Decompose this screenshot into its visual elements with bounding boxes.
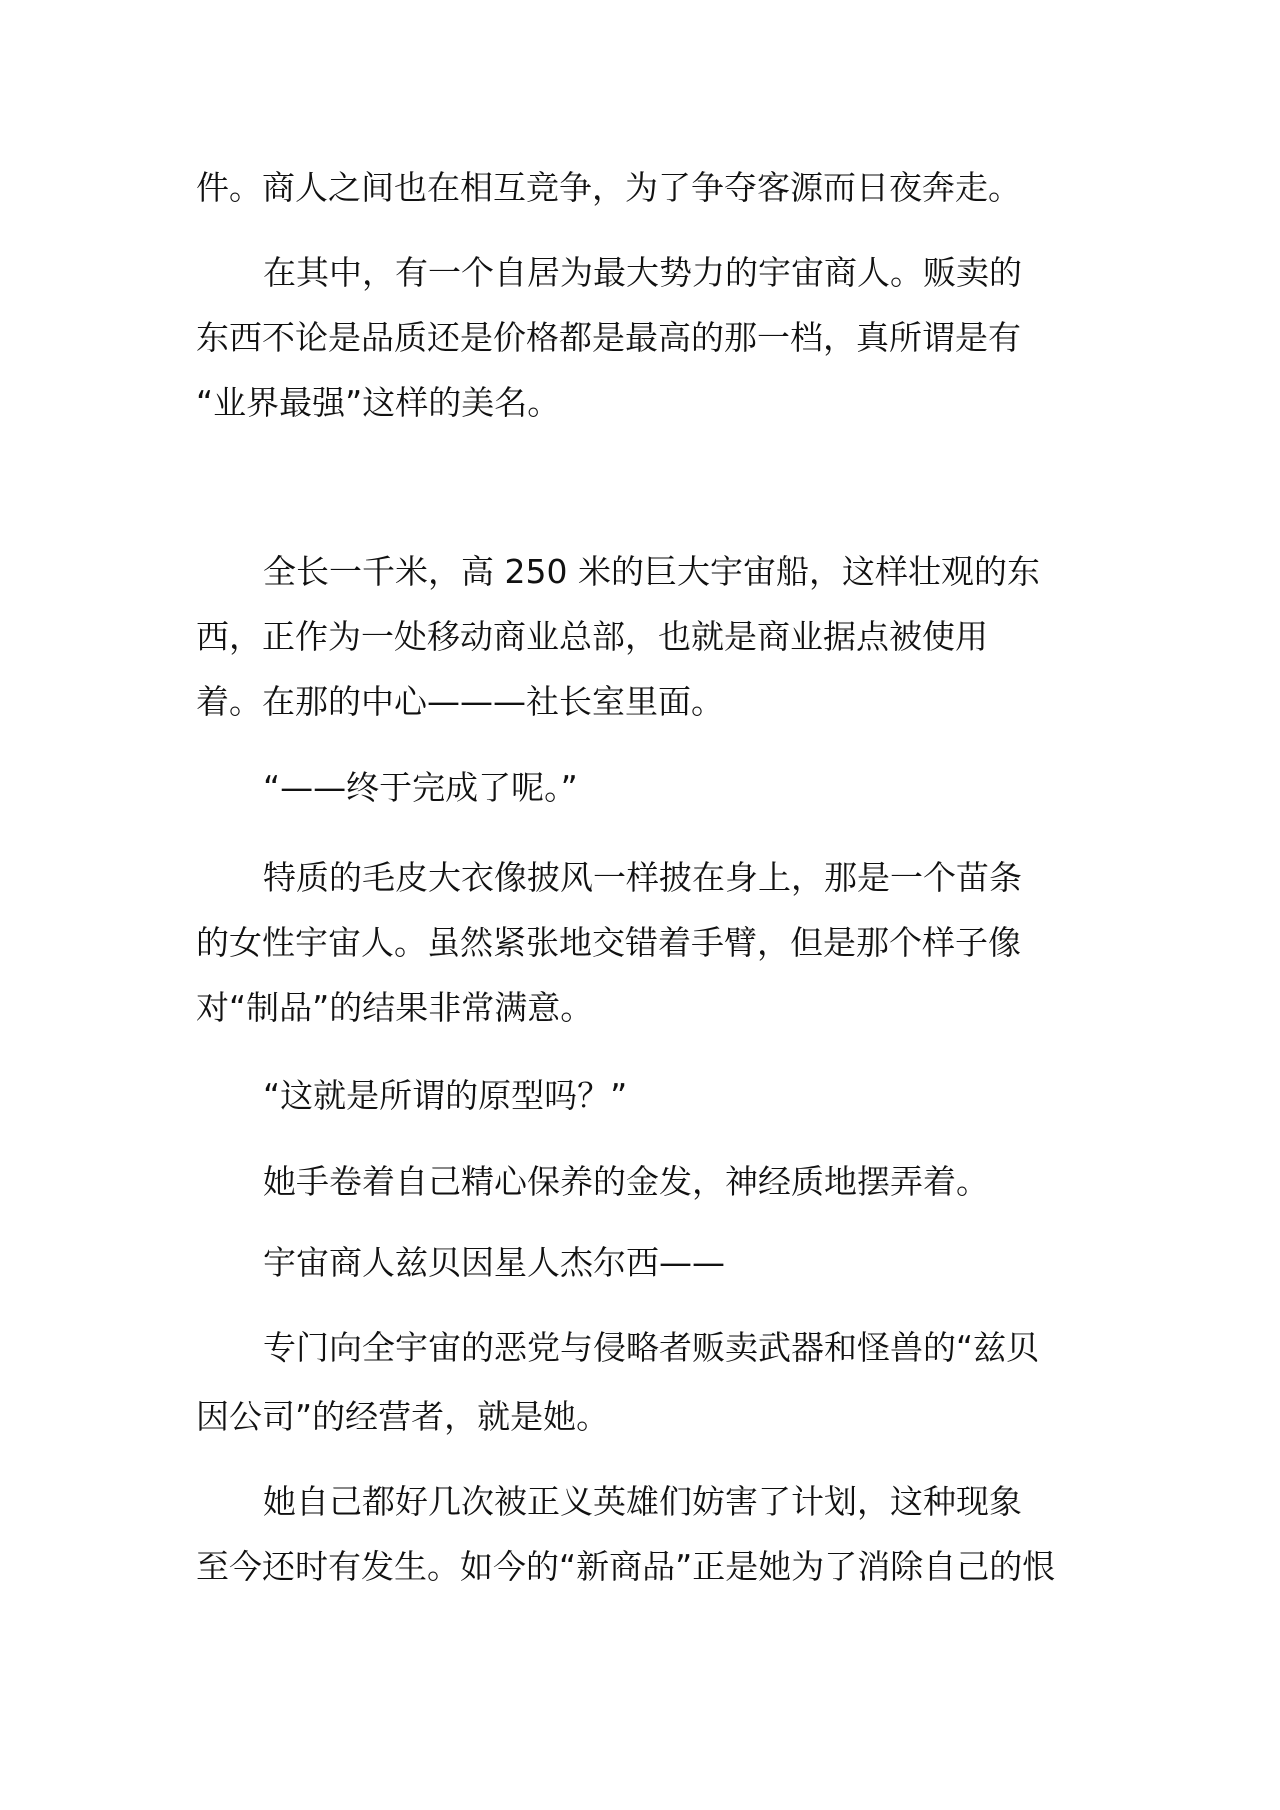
paragraph-line: 她自己都好几次被正义英雄们妨害了计划，这种现象 xyxy=(263,1482,1022,1522)
paragraph-line: “业界最强”这样的美名。 xyxy=(196,383,560,423)
paragraph-line: 至今还时有发生。如今的“新商品”正是她为了消除自己的恨 xyxy=(196,1547,1055,1587)
paragraph-line: 专门向全宇宙的恶党与侵略者贩卖武器和怪兽的“兹贝 xyxy=(263,1328,1039,1368)
document-page: 件。商人之间也在相互竞争，为了争夺客源而日夜奔走。 在其中，有一个自居为最大势力… xyxy=(0,0,1280,1810)
paragraph-line: 西，正作为一处移动商业总部，也就是商业据点被使用 xyxy=(196,617,988,657)
paragraph-line: 东西不论是品质还是价格都是最高的那一档，真所谓是有 xyxy=(196,318,1021,358)
paragraph-line: 着。在那的中心———社长室里面。 xyxy=(196,682,724,722)
paragraph-line: 因公司”的经营者，就是她。 xyxy=(196,1397,609,1437)
paragraph-line: 的女性宇宙人。虽然紧张地交错着手臂，但是那个样子像 xyxy=(196,923,1021,963)
paragraph-line: 宇宙商人兹贝因星人杰尔西—— xyxy=(263,1243,725,1283)
paragraph-line: 她手卷着自己精心保养的金发，神经质地摆弄着。 xyxy=(263,1162,989,1202)
dialogue-line: “——终于完成了呢。” xyxy=(263,768,578,808)
paragraph-line: 全长一千米，高 250 米的巨大宇宙船，这样壮观的东 xyxy=(263,552,1040,592)
dialogue-line: “这就是所谓的原型吗？” xyxy=(263,1076,627,1116)
paragraph-line: 在其中，有一个自居为最大势力的宇宙商人。贩卖的 xyxy=(263,253,1022,293)
paragraph-line: 特质的毛皮大衣像披风一样披在身上，那是一个苗条 xyxy=(263,858,1022,898)
paragraph-line: 件。商人之间也在相互竞争，为了争夺客源而日夜奔走。 xyxy=(196,168,1021,208)
paragraph-line: 对“制品”的结果非常满意。 xyxy=(196,988,593,1028)
